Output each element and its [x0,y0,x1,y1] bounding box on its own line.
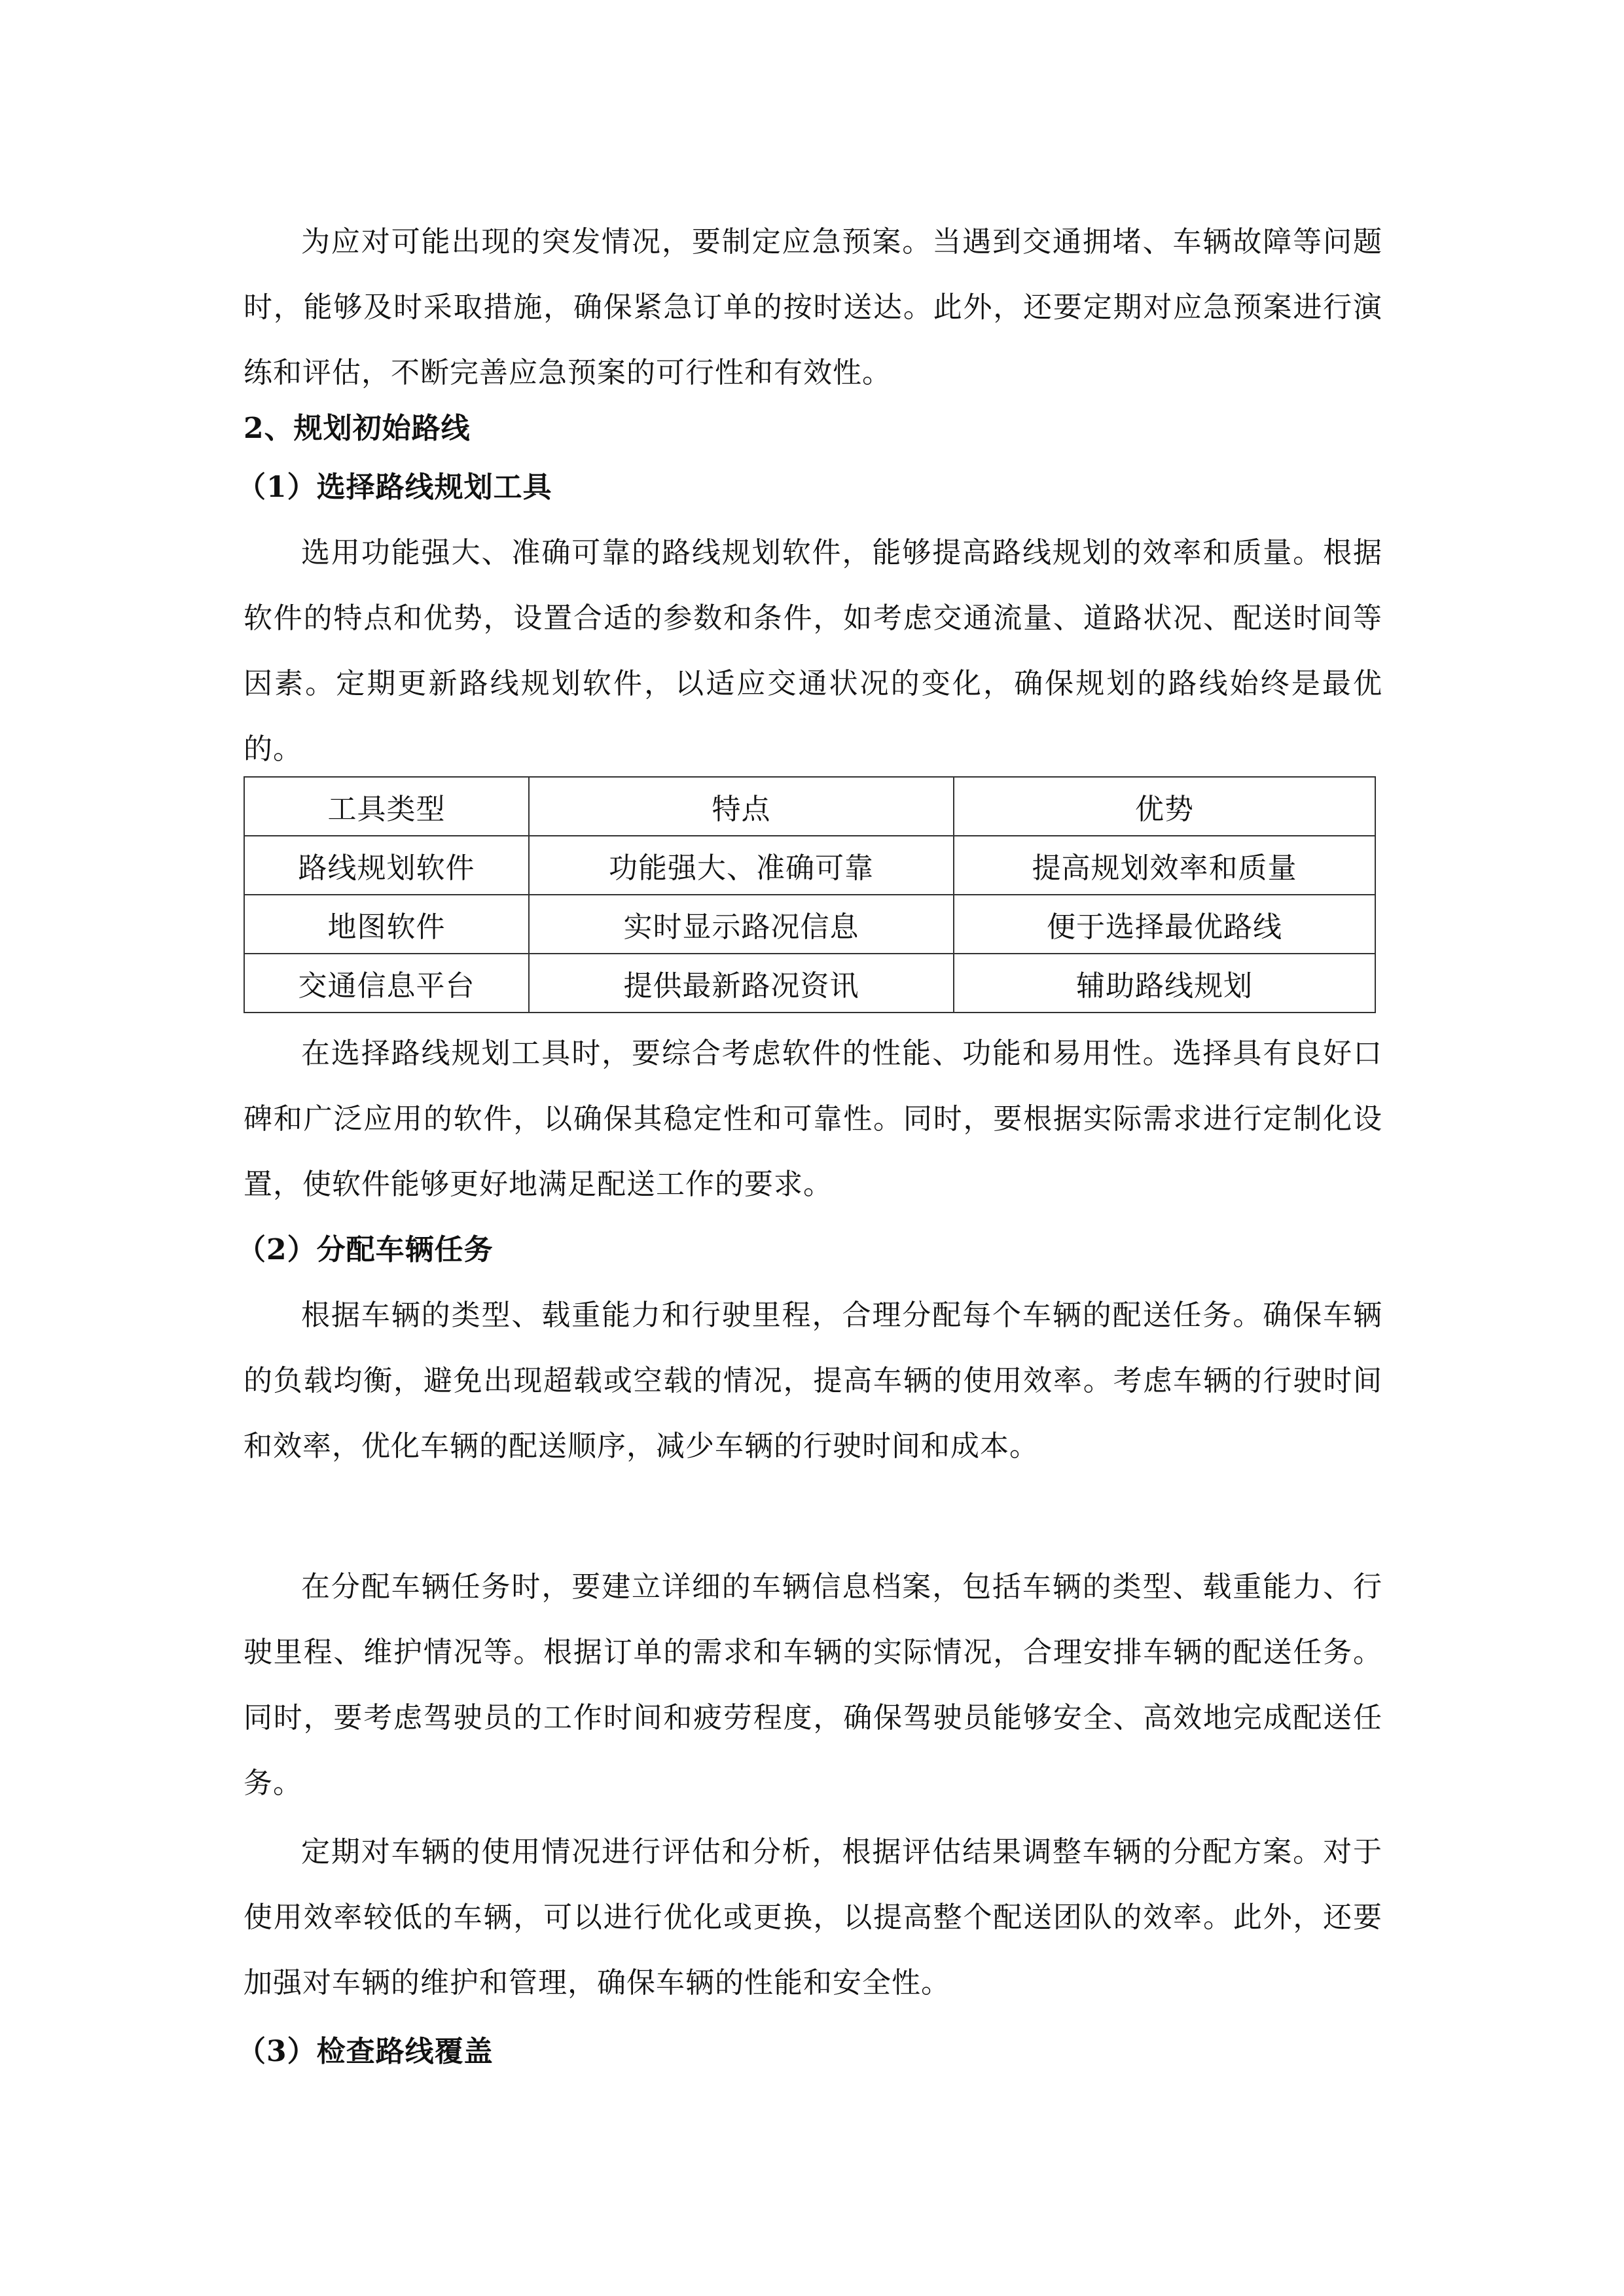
paragraph-tool-selection: 在选择路线规划工具时，要综合考虑软件的性能、功能和易用性。选择具有良好口碑和广泛… [244,1021,1382,1217]
table-row: 交通信息平台 提供最新路况资讯 辅助路线规划 [244,954,1375,1013]
paragraph-emergency-plan: 为应对可能出现的突发情况，要制定应急预案。当遇到交通拥堵、车辆故障等问题时，能够… [244,209,1382,406]
table-cell: 地图软件 [244,895,529,954]
table-cell: 交通信息平台 [244,954,529,1013]
table-cell: 便于选择最优路线 [954,895,1375,954]
subheading-check-coverage: （3）检查路线覆盖 [237,2032,494,2072]
table-row: 地图软件 实时显示路况信息 便于选择最优路线 [244,895,1375,954]
section-heading-plan-initial-route: 2、规划初始路线 [244,409,471,448]
subheading-assign-vehicles: （2）分配车辆任务 [237,1230,494,1270]
table-cell: 功能强大、准确可靠 [529,836,954,895]
tools-table: 工具类型 特点 优势 路线规划软件 功能强大、准确可靠 提高规划效率和质量 地图… [244,776,1376,1013]
table-cell: 提供最新路况资讯 [529,954,954,1013]
paragraph-vehicle-assignment: 根据车辆的类型、载重能力和行驶里程，合理分配每个车辆的配送任务。确保车辆的负载均… [244,1283,1382,1479]
table-header-cell: 优势 [954,777,1375,836]
paragraph-vehicle-evaluation: 定期对车辆的使用情况进行评估和分析，根据评估结果调整车辆的分配方案。对于使用效率… [244,1820,1382,2016]
paragraph-vehicle-records: 在分配车辆任务时，要建立详细的车辆信息档案，包括车辆的类型、载重能力、行驶里程、… [244,1554,1382,1816]
subheading-select-tools: （1）选择路线规划工具 [237,468,552,507]
table-cell: 辅助路线规划 [954,954,1375,1013]
table-cell: 提高规划效率和质量 [954,836,1375,895]
table-cell: 路线规划软件 [244,836,529,895]
table-header-cell: 特点 [529,777,954,836]
table-row: 路线规划软件 功能强大、准确可靠 提高规划效率和质量 [244,836,1375,895]
table-cell: 实时显示路况信息 [529,895,954,954]
paragraph-route-software: 选用功能强大、准确可靠的路线规划软件，能够提高路线规划的效率和质量。根据软件的特… [244,520,1382,782]
table-header-row: 工具类型 特点 优势 [244,777,1375,836]
table-header-cell: 工具类型 [244,777,529,836]
